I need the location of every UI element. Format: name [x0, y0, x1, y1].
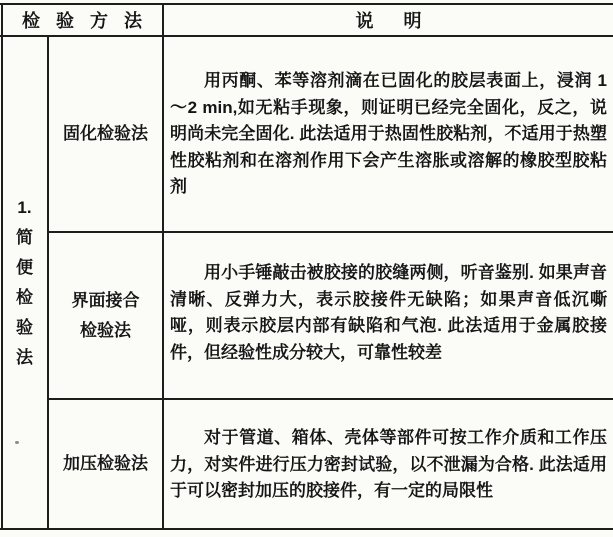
- group-char: 便: [16, 253, 33, 283]
- method-cell-curing-test: 固化检验法: [49, 37, 162, 231]
- method-label: 固化检验法: [63, 119, 148, 149]
- method-label: 检验法: [80, 316, 131, 346]
- group-label-simple-inspection: 1. 简 便 检 验 法: [2, 37, 47, 528]
- group-char-number: 1.: [17, 193, 31, 223]
- description-paragraph: 对于管道、箱体、壳体等部件可按工作介质和工作压力，对实件进行压力密封试验，以不泄…: [170, 425, 607, 505]
- table-border-bottom: [0, 528, 613, 530]
- header-method-column: 检验方法: [2, 5, 162, 35]
- scanned-table-page: 检验方法 说明 1. 简 便 检 验 法 固化检验法 用丙酮、苯等溶剂滴在已固化…: [0, 0, 613, 537]
- header-description-label: 说明: [326, 7, 452, 33]
- description-cell-curing-test: 用丙酮、苯等溶剂滴在已固化的胶层表面上，浸润 1～2 min,如无粘手现象，则证…: [164, 37, 612, 231]
- group-char: 检: [16, 283, 33, 313]
- description-cell-pressure-test: 对于管道、箱体、壳体等部件可按工作介质和工作压力，对实件进行压力密封试验，以不泄…: [164, 400, 612, 528]
- method-label: 加压检验法: [63, 449, 148, 479]
- group-char: 简: [16, 223, 33, 253]
- method-cell-interface-bond-test: 界面接合 检验法: [49, 233, 162, 398]
- description-paragraph: 用小手锤敲击被胶接的胶缝两侧，听音鉴别. 如果声音清晰、反弹力大，表示胶接件无缺…: [170, 260, 607, 366]
- scan-speck: [15, 441, 19, 444]
- header-method-label: 检验方法: [6, 7, 158, 33]
- group-char: 验: [16, 313, 33, 343]
- description-paragraph: 用丙酮、苯等溶剂滴在已固化的胶层表面上，浸润 1～2 min,如无粘手现象，则证…: [170, 68, 607, 201]
- method-label: 界面接合: [72, 286, 140, 316]
- group-char: 法: [16, 343, 33, 373]
- description-cell-interface-bond-test: 用小手锤敲击被胶接的胶缝两侧，听音鉴别. 如果声音清晰、反弹力大，表示胶接件无缺…: [164, 233, 612, 398]
- header-description-column: 说明: [164, 5, 613, 35]
- method-cell-pressure-test: 加压检验法: [49, 400, 162, 528]
